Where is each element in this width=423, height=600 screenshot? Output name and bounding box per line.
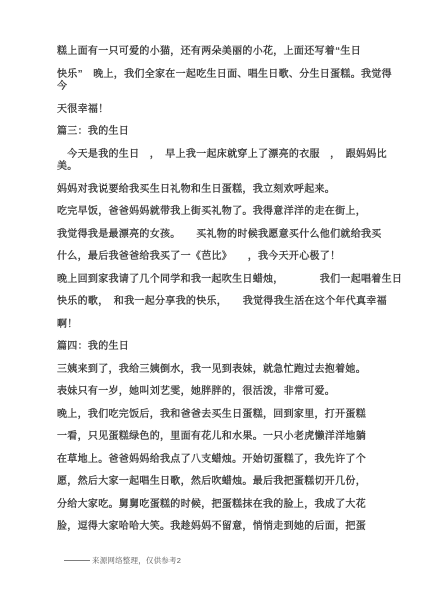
- text-line: 愿，然后大家一起唱生日歌，然后吹蜡烛。最后我把蛋糕切开几份，: [57, 476, 369, 488]
- text-line: 表妹只有一岁，她叫刘艺雯，她胖胖的，很活泼，非常可爱。: [57, 386, 369, 398]
- text-line: 天很幸福！: [57, 104, 369, 116]
- text-line: 分给大家吃。舅舅吃蛋糕的时候，把蛋糕抹在我的脸上，我成了大花: [57, 499, 369, 511]
- text-line: 晚上回到家我请了几个同学和我一起吹生日蜡烛， 我们一起唱着生日: [57, 274, 369, 286]
- text-line: 晚上，我们吃完饭后，我和爸爸去买生日蛋糕，回到家里，打开蛋糕: [57, 409, 369, 421]
- document-body: 糕上面有一只可爱的小猫，还有两朵美丽的小花，上面还写着“生日快乐” 晚上，我们全…: [57, 46, 369, 533]
- text-line: 什么，最后我爸爸给我买了一《芭比》 ，我今天开心极了！: [57, 251, 369, 263]
- text-line: 妈妈对我说要给我买生日礼物和生日蛋糕，我立刻欢呼起来。: [57, 184, 369, 196]
- text-line: 美。: [57, 161, 369, 173]
- text-line: 啊！: [57, 319, 369, 331]
- page-number: 2: [177, 556, 181, 565]
- footer-source-text: 来源网络整理，仅供参考: [92, 556, 177, 565]
- section-heading: 篇三：我的生日: [57, 126, 369, 138]
- text-line: 一看，只见蛋糕绿色的，里面有花儿和水果。一只小老虎懒洋洋地躺: [57, 431, 369, 443]
- text-line: 在草地上。爸爸妈妈给我点了八支蜡烛。开始切蛋糕了，我先许了个: [57, 454, 369, 466]
- document-page: 糕上面有一只可爱的小猫，还有两朵美丽的小花，上面还写着“生日快乐” 晚上，我们全…: [0, 0, 423, 600]
- text-line: 我觉得我是最漂亮的女孩。 买礼物的时候我愿意买什么他们就给我买: [57, 229, 369, 241]
- text-line: 快乐” 晚上，我们全家在一起吃生日面、唱生日歌、分生日蛋糕。我觉得: [57, 69, 369, 81]
- footer-rule-line: [64, 560, 90, 561]
- section-heading: 篇四：我的生日: [57, 341, 369, 353]
- text-line: 糕上面有一只可爱的小猫，还有两朵美丽的小花，上面还写着“生日: [57, 46, 369, 58]
- text-line: 快乐的歌， 和我一起分享我的快乐， 我觉得我生活在这个年代真幸福: [57, 296, 369, 308]
- text-line: 三姨来到了，我给三姨倒水，我一见到表妹，就急忙跑过去抱着她。: [57, 364, 369, 376]
- text-line: 今天是我的生日 ， 早上我一起床就穿上了漂亮的衣服 ， 跟妈妈比: [57, 149, 369, 161]
- text-line: 今: [57, 81, 369, 93]
- footer: 来源网络整理，仅供参考 2: [64, 556, 181, 565]
- text-line: 吃完早饭，爸爸妈妈就带我上街买礼物了。我得意洋洋的走在街上，: [57, 206, 369, 218]
- text-line: 脸，逗得大家哈哈大笑。我趁妈妈不留意，悄悄走到她的后面，把蛋: [57, 521, 369, 533]
